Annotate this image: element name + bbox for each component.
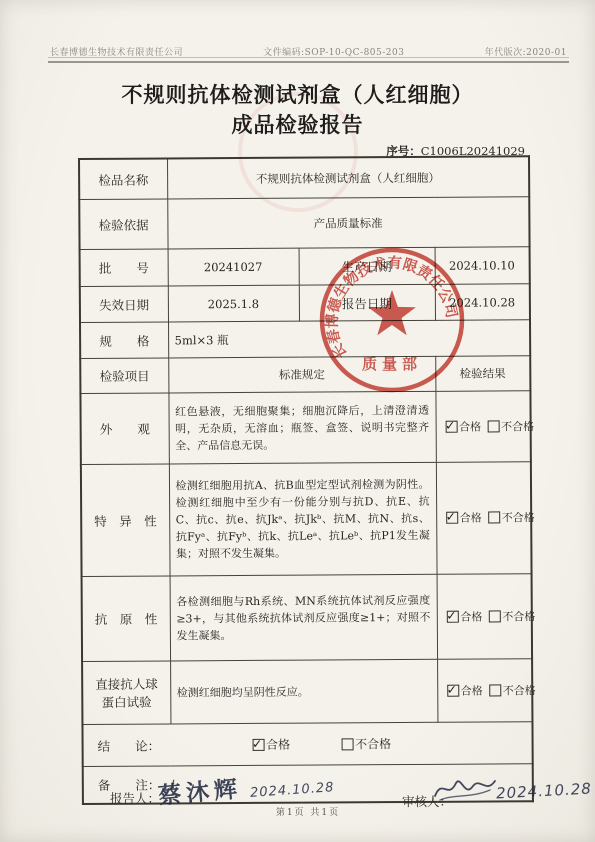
batch-label: 批 号 xyxy=(80,249,168,287)
checkbox-checked-icon: ✓ xyxy=(252,738,264,750)
report-date-value: 2024.10.28 xyxy=(435,284,530,321)
reporter-signature: 蔡沐辉 xyxy=(157,770,244,810)
prod-date-label: 生产日期 xyxy=(299,247,435,285)
scanned-report-page: 长春博德生物技术有限责任公司 文件编码:SOP-10-QC-805-203 年代… xyxy=(0,0,595,842)
results-header-result: 检验结果 xyxy=(435,356,530,392)
conclusion-fail-option: 不合格 xyxy=(341,735,391,752)
checkbox-checked-icon: ✓ xyxy=(446,610,458,622)
page-number: 第1页 共1页 xyxy=(238,805,378,818)
fail-label: 不合格 xyxy=(502,608,535,624)
expiry-value: 2025.1.8 xyxy=(168,285,299,322)
antiglobulin-result: ✓合格不合格 xyxy=(437,659,532,723)
header-rule xyxy=(48,57,569,63)
row-direct-antiglobulin: 直接抗人球 蛋白试验 检测红细胞均呈阴性反应。 ✓合格不合格 xyxy=(82,659,532,725)
basis-value: 产品质量标准 xyxy=(167,197,529,249)
conclusion-pass-option: ✓合格 xyxy=(252,736,290,753)
spec-value: 5ml×3 瓶 xyxy=(168,320,530,358)
row-specificity: 特 异 性 检测红细胞用抗A、抗B血型定型试剂检测为阴性。检测红细胞中至少有一份… xyxy=(81,462,532,577)
pass-label: 合格 xyxy=(460,510,482,526)
prod-date-value: 2024.10.10 xyxy=(435,247,530,285)
appearance-label: 外 观 xyxy=(80,393,168,465)
antigenicity-result: ✓合格不合格 xyxy=(437,574,533,660)
checkbox-empty-icon xyxy=(488,511,500,523)
specificity-standard: 检测红细胞用抗A、抗B血型定型试剂检测为阴性。检测红细胞中至少有一份能分别与抗D… xyxy=(169,462,437,576)
fail-option: 不合格 xyxy=(488,509,535,525)
spec-label: 规 格 xyxy=(80,322,168,359)
row-conclusion: 结 论： ✓合格 不合格 xyxy=(82,722,532,767)
fail-label: 不合格 xyxy=(501,418,534,434)
appearance-result: ✓合格不合格 xyxy=(435,391,530,463)
antigenicity-standard: 各检测细胞与Rh系统、MN系统抗体试剂反应强度≥3+，与其他系统抗体试剂反应强度… xyxy=(170,574,438,661)
expiry-label: 失效日期 xyxy=(80,286,168,323)
reporter-label: 报告人： xyxy=(110,789,160,807)
antigenicity-label: 抗 原 性 xyxy=(82,576,171,662)
pass-option: ✓合格 xyxy=(446,510,482,526)
checkbox-checked-icon: ✓ xyxy=(447,684,459,696)
row-sample-name: 检品名称 不规则抗体检测试剂盒（人红细胞） xyxy=(79,156,529,199)
fail-option: 不合格 xyxy=(487,418,534,434)
pass-label: 合格 xyxy=(266,736,290,753)
results-header-item: 检验项目 xyxy=(80,358,168,394)
antiglobulin-standard: 检测红细胞均呈阴性反应。 xyxy=(170,659,437,724)
specificity-result: ✓合格不合格 xyxy=(436,462,532,575)
row-basis: 检验依据 产品质量标准 xyxy=(79,197,529,250)
sample-name-label: 检品名称 xyxy=(79,158,167,199)
fail-label: 不合格 xyxy=(355,735,391,752)
checkbox-checked-icon: ✓ xyxy=(445,420,457,432)
pass-option: ✓合格 xyxy=(445,418,481,434)
fail-label: 不合格 xyxy=(502,509,535,525)
results-header-standard: 标准规定 xyxy=(168,356,435,393)
report-title-line2: 成品检验报告 xyxy=(0,110,595,140)
pass-option: ✓合格 xyxy=(446,608,482,624)
row-spec: 规 格 5ml×3 瓶 xyxy=(80,320,530,359)
report-title: 不规则抗体检测试剂盒（人红细胞） 成品检验报告 xyxy=(0,80,595,140)
checkbox-empty-icon xyxy=(488,610,500,622)
appearance-standard: 红色悬液，无细胞聚集；细胞沉降后，上清澄清透明，无杂质，无溶血；瓶签、盒签、说明… xyxy=(168,391,435,464)
conclusion-label: 结 论： xyxy=(98,736,161,754)
pass-label: 合格 xyxy=(460,608,482,624)
pass-label: 合格 xyxy=(459,418,481,434)
fail-option: 不合格 xyxy=(488,608,535,624)
batch-value: 20241027 xyxy=(168,248,299,286)
inspection-table: 检品名称 不规则抗体检测试剂盒（人红细胞） 检验依据 产品质量标准 批 号 20… xyxy=(78,155,534,805)
report-title-line1: 不规则抗体检测试剂盒（人红细胞） xyxy=(0,80,595,110)
antiglobulin-label: 直接抗人球 蛋白试验 xyxy=(82,661,170,725)
fail-option: 不合格 xyxy=(489,682,536,698)
fail-label: 不合格 xyxy=(503,682,536,698)
row-antigenicity: 抗 原 性 各检测细胞与Rh系统、MN系统抗体试剂反应强度≥3+，与其他系统抗体… xyxy=(82,574,533,662)
basis-label: 检验依据 xyxy=(79,199,167,250)
checkbox-checked-icon: ✓ xyxy=(446,512,458,524)
row-results-header: 检验项目 标准规定 检验结果 xyxy=(80,356,530,394)
specificity-label: 特 异 性 xyxy=(81,464,170,577)
conclusion-cell: 结 论： ✓合格 不合格 xyxy=(82,722,532,767)
row-expiry: 失效日期 2025.1.8 报告日期 2024.10.28 xyxy=(80,284,530,323)
pass-option: ✓合格 xyxy=(447,682,483,698)
checkbox-empty-icon xyxy=(487,420,499,432)
reviewer-signature-scribble xyxy=(432,774,498,804)
row-appearance: 外 观 红色悬液，无细胞聚集；细胞沉降后，上清澄清透明，无杂质，无溶血；瓶签、盒… xyxy=(80,391,530,465)
checkbox-empty-icon xyxy=(489,684,501,696)
row-batch: 批 号 20241027 生产日期 2024.10.10 xyxy=(80,247,530,287)
checkbox-empty-icon xyxy=(341,738,353,750)
report-date-label: 报告日期 xyxy=(299,284,435,321)
sample-name-value: 不规则抗体检测试剂盒（人红细胞） xyxy=(167,156,529,199)
pass-label: 合格 xyxy=(461,682,483,698)
reviewer-date: 2024.10.28 xyxy=(496,780,593,803)
page-header: 长春博德生物技术有限责任公司 文件编码:SOP-10-QC-805-203 年代… xyxy=(50,38,567,58)
